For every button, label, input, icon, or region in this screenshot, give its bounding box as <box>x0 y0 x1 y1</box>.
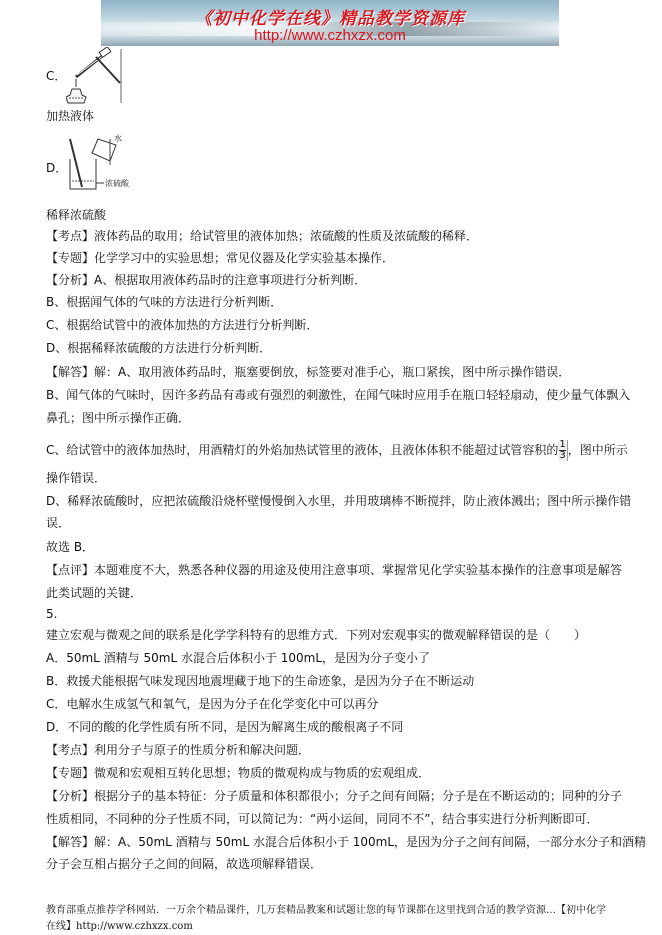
q5-jieda2: 分子会互相占据分子之间的间隔，故选项解释错误． <box>46 856 322 872</box>
q4-jieda-a: 【解答】解：A、取用液体药品时，瓶塞要倒放，标签要对准手心，瓶口紧挨，图中所示操… <box>46 364 570 380</box>
q4-fenxi-c: C、根据给试管中的液体加热的方法进行分析判断． <box>46 317 318 333</box>
q4-fenxi-b: B、根据闻气体的气味的方法进行分析判断． <box>46 294 282 310</box>
option-d-caption: 稀释浓硫酸 <box>46 207 106 223</box>
q4-fenxi-a: 【分析】A、根据取用液体药品时的注意事项进行分析判断． <box>46 272 366 288</box>
q4-jieda-c1-post: ，图中所示 <box>568 443 628 457</box>
q5-number: 5. <box>46 606 57 622</box>
q4-jieda-d1: D、稀释浓硫酸时，应把浓硫酸沿烧杯壁慢慢倒入水里，并用玻璃棒不断搅拌，防止液体溅… <box>46 493 631 509</box>
heating-liquid-figure <box>66 47 126 105</box>
q4-kaodian: 【考点】液体药品的取用；给试管里的液体加热；浓硫酸的性质及浓硫酸的稀释． <box>46 228 478 244</box>
q4-jieda-c1-pre: C、给试管中的液体加热时，用酒精灯的外焰加热试管里的液体，且液体体积不能超过试管… <box>46 443 558 457</box>
dilute-acid-figure: 水 浓硫酸 <box>66 133 136 195</box>
q4-zhuanti: 【专题】化学学习中的实验思想；常见仪器及化学实验基本操作． <box>46 250 394 266</box>
q5-option-a: A．50mL 酒精与 50mL 水混合后体积小于 100mL，是因为分子变小了 <box>46 650 430 666</box>
q5-option-d: D．不同的酸的化学性质有所不同，是因为解离生成的酸根离子不同 <box>46 719 403 735</box>
q4-answer: 故选 B． <box>46 539 94 555</box>
footer-line2: 在线】http://www.czhxzx.com <box>46 920 193 933</box>
fraction-one-third: 13 <box>558 440 567 461</box>
q4-dianping2: 此类试题的关键． <box>46 585 142 601</box>
footer-line1: 教育部重点推荐学科网站．一万余个精品课件，几万套精品教案和试题让您的每节课都在这… <box>46 904 606 917</box>
q4-jieda-c2: 操作错误． <box>46 470 106 486</box>
q5-fenxi1: 【分析】根据分子的基本特征：分子质量和体积都很小；分子之间有间隔；分子是在不断运… <box>46 788 622 804</box>
q4-jieda-b1: B、闻气体的气味时，因许多药品有毒或有强烈的刺激性，在闻气味时应用手在瓶口轻轻扇… <box>46 387 630 403</box>
q5-option-c: C．电解水生成氢气和氧气，是因为分子在化学变化中可以再分 <box>46 696 378 712</box>
q4-jieda-c1: C、给试管中的液体加热时，用酒精灯的外焰加热试管里的液体，且液体体积不能超过试管… <box>46 440 628 461</box>
banner-url: http://www.czhxzx.com <box>101 27 559 44</box>
q5-jieda1: 【解答】解：A、50mL 酒精与 50mL 水混合后体积小于 100mL，是因为… <box>46 834 646 850</box>
site-banner: 《初中化学在线》精品教学资源库 http://www.czhxzx.com <box>101 0 559 46</box>
q4-jieda-d2: 误． <box>46 515 70 531</box>
option-c-label: C． <box>46 68 66 84</box>
q5-kaodian: 【考点】利用分子与原子的性质分析和解决问题． <box>46 742 310 758</box>
q4-fenxi-d: D、根据稀释浓硫酸的方法进行分析判断． <box>46 340 271 356</box>
q5-stem: 建立宏观与微观之间的联系是化学学科特有的思维方式．下列对宏观事实的微观解释错误的… <box>46 627 586 643</box>
q5-zhuanti: 【专题】微观和宏观相互转化思想；物质的微观构成与物质的宏观组成． <box>46 765 430 781</box>
banner-title: 《初中化学在线》精品教学资源库 <box>101 4 559 29</box>
q4-jieda-b2: 鼻孔；图中所示操作正确． <box>46 410 190 426</box>
q5-option-b: B．救援犬能根据气味发现因地震埋藏于地下的生命迹象，是因为分子在不断运动 <box>46 673 474 689</box>
q5-fenxi2: 性质相同，不同种的分子性质不同，可以简记为：“两小运间，同同不不”，结合事实进行… <box>46 811 598 827</box>
option-c-caption: 加热液体 <box>46 108 94 124</box>
option-d-label: D． <box>46 160 67 176</box>
water-label: 水 <box>114 133 122 143</box>
acid-label: 浓硫酸 <box>105 178 130 188</box>
q4-dianping1: 【点评】本题难度不大，熟悉各种仪器的用途及使用注意事项、掌握常见化学实验基本操作… <box>46 562 622 578</box>
